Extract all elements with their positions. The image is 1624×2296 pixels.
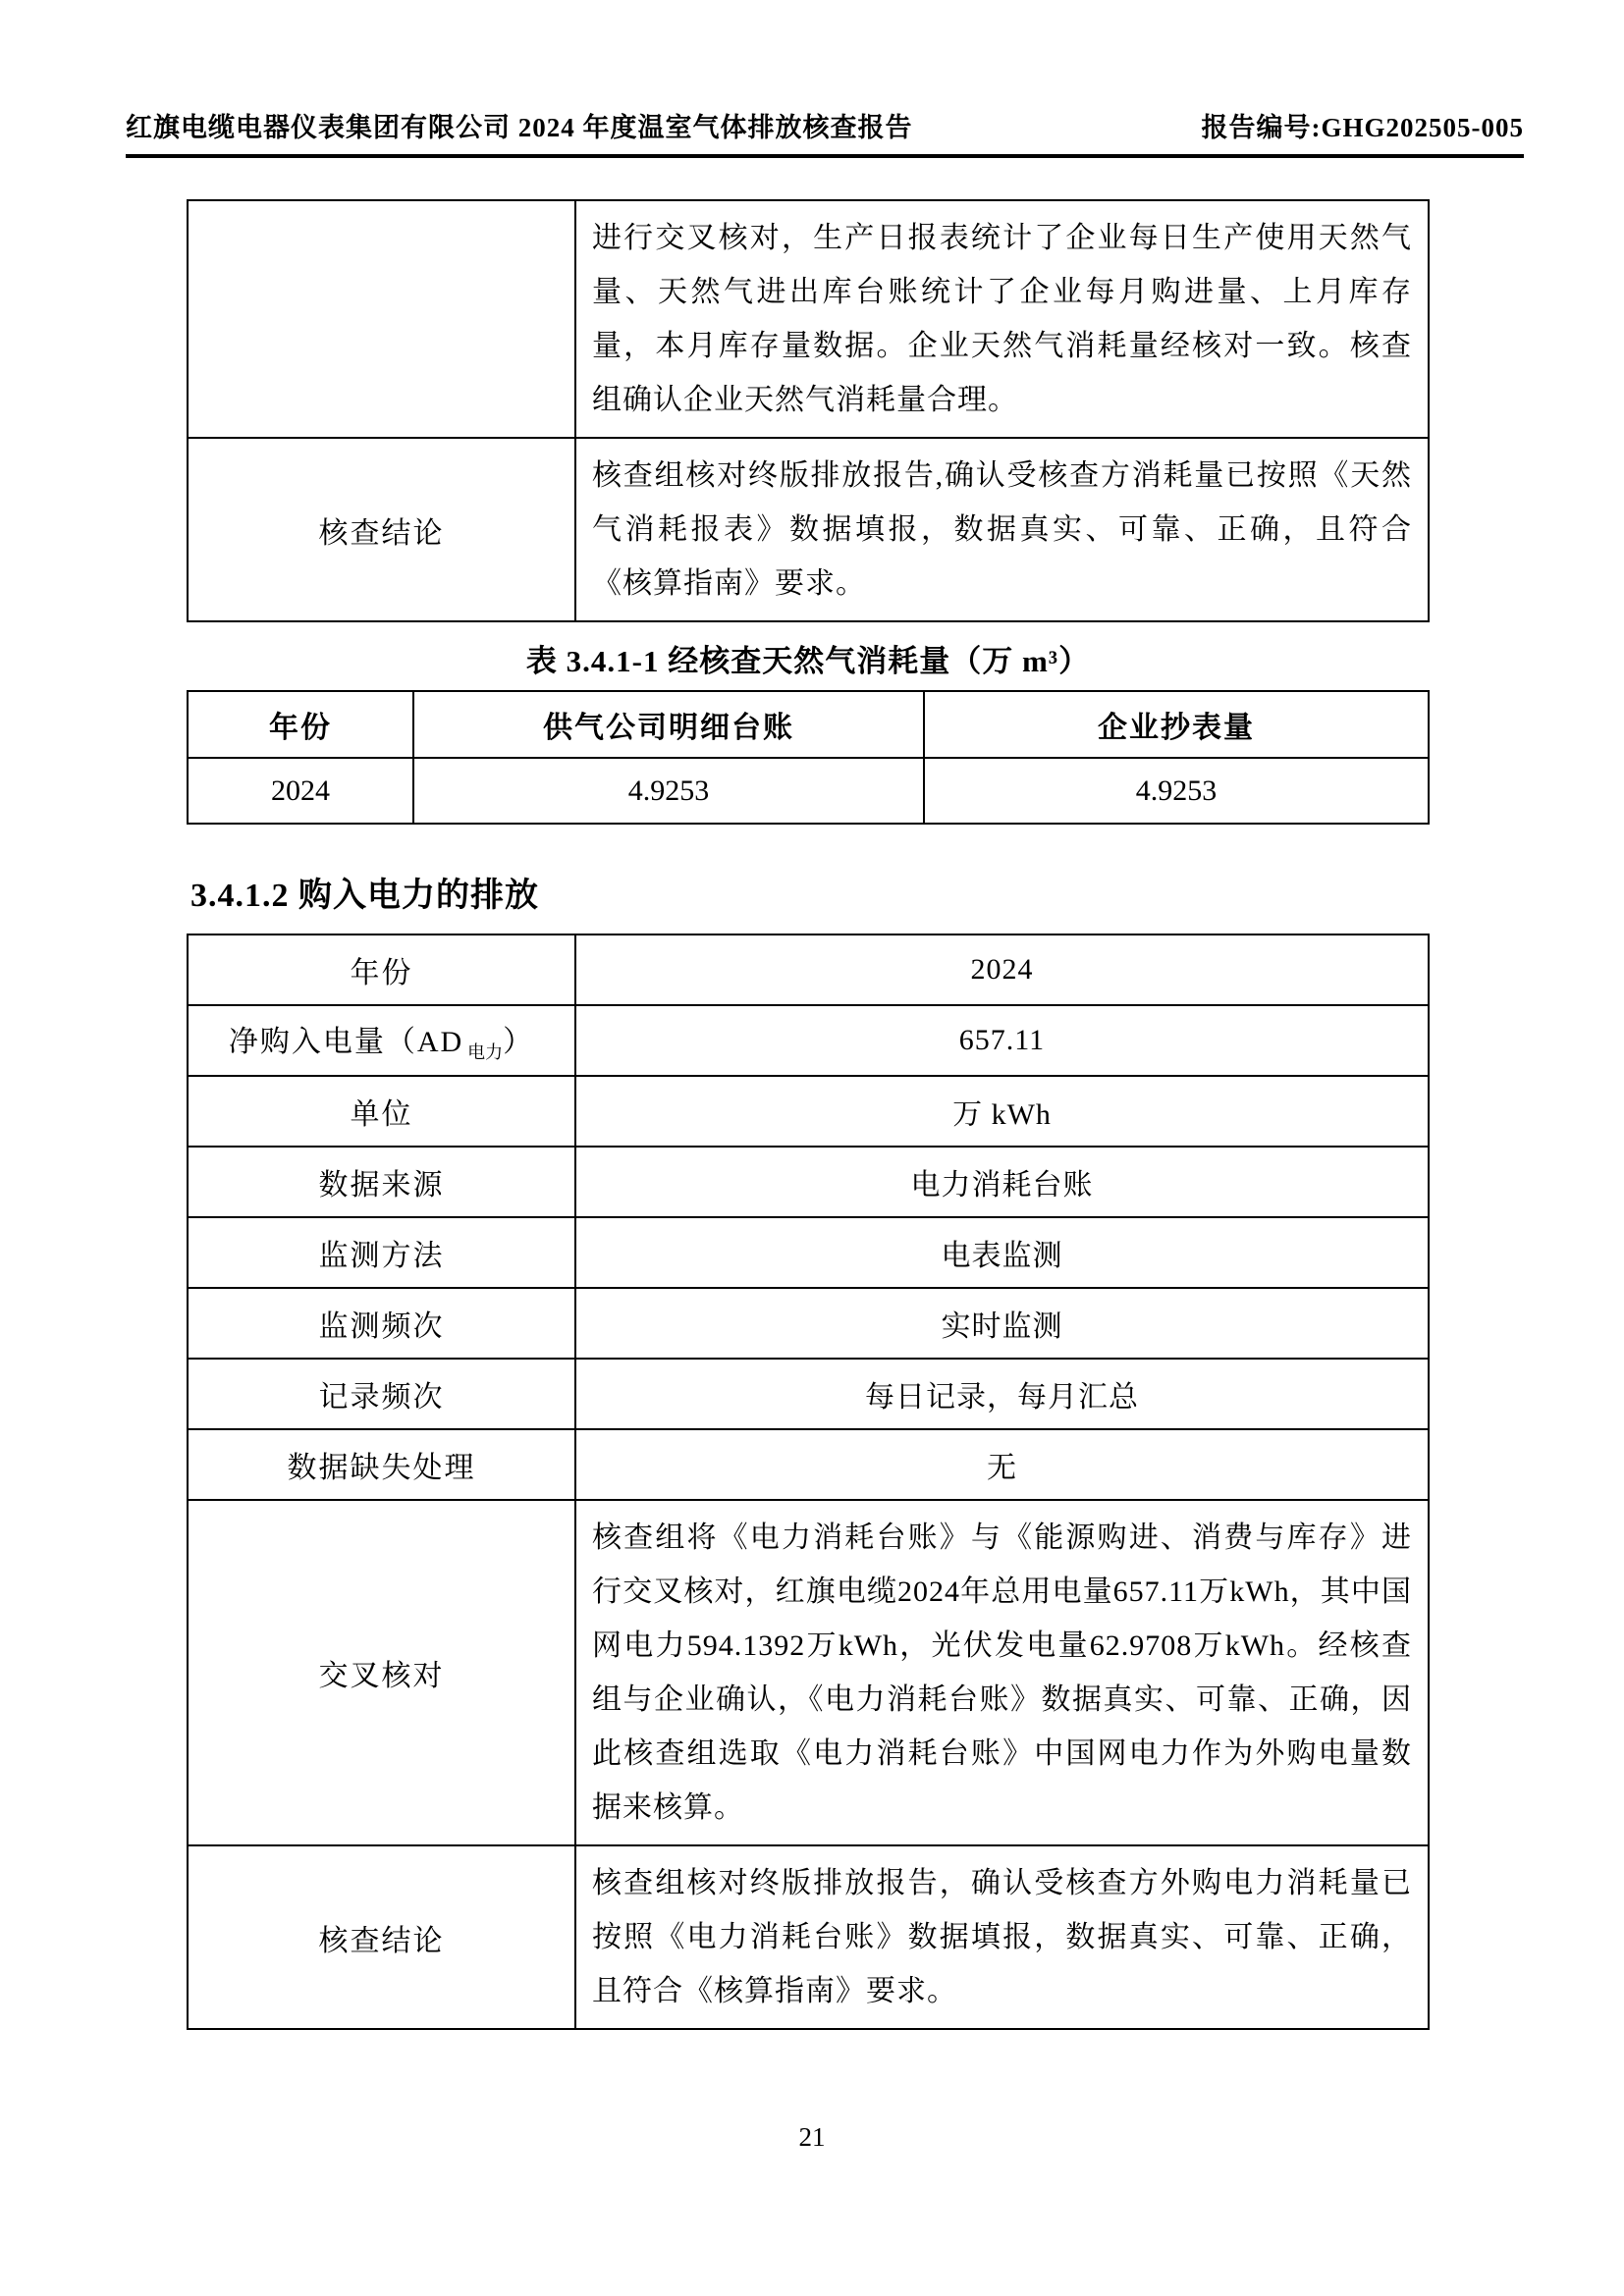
table-row: 监测频次 实时监测: [188, 1288, 1429, 1359]
cross-check-text: 核查组将《电力消耗台账》与《能源购进、消费与库存》进行交叉核对，红旗电缆2024…: [575, 1500, 1429, 1845]
header-report-number: 报告编号:GHG202505-005: [1202, 106, 1525, 144]
natural-gas-verification-table: 进行交叉核对，生产日报表统计了企业每日生产使用天然气量、天然气进出库台账统计了企…: [187, 199, 1430, 622]
row-label-missing-data-handling: 数据缺失处理: [188, 1429, 575, 1500]
data-source-value: 电力消耗台账: [575, 1147, 1429, 1217]
table-row: 核查结论 核查组核对终版排放报告,确认受核查方消耗量已按照《天然气消耗报表》数据…: [188, 438, 1429, 621]
page-number: 21: [0, 2122, 1624, 2153]
supplier-ledger-value: 4.9253: [413, 758, 924, 824]
table-row: 数据缺失处理 无: [188, 1429, 1429, 1500]
col-header-company-meter: 企业抄表量: [924, 691, 1429, 758]
table-row: 记录频次 每日记录，每月汇总: [188, 1359, 1429, 1429]
row-label-record-frequency: 记录频次: [188, 1359, 575, 1429]
table-row: 进行交叉核对，生产日报表统计了企业每日生产使用天然气量、天然气进出库台账统计了企…: [188, 200, 1429, 438]
table-row: 数据来源 电力消耗台账: [188, 1147, 1429, 1217]
table-header-row: 年份 供气公司明细台账 企业抄表量: [188, 691, 1429, 758]
verification-conclusion-text: 核查组核对终版排放报告,确认受核查方消耗量已按照《天然气消耗报表》数据填报，数据…: [575, 438, 1429, 621]
table-3-4-1-1-caption: 表 3.4.1-1 经核查天然气消耗量（万 m³）: [187, 636, 1430, 680]
row-label-unit: 单位: [188, 1076, 575, 1147]
year-value: 2024: [188, 758, 413, 824]
row-label-net-purchased-electricity: 净购入电量（AD电力）: [188, 1005, 575, 1076]
unit-value: 万 kWh: [575, 1076, 1429, 1147]
row-label-verification-conclusion: 核查结论: [188, 1845, 575, 2029]
cross-check-text-cell: 进行交叉核对，生产日报表统计了企业每日生产使用天然气量、天然气进出库台账统计了企…: [575, 200, 1429, 438]
table-row: 单位 万 kWh: [188, 1076, 1429, 1147]
verification-conclusion-label: 核查结论: [188, 438, 575, 621]
label-subscript: 电力: [467, 1042, 503, 1062]
col-header-supplier-ledger: 供气公司明细台账: [413, 691, 924, 758]
row-label-monitoring-method: 监测方法: [188, 1217, 575, 1288]
row-label-cross-check: 交叉核对: [188, 1500, 575, 1845]
gas-consumption-summary-table: 年份 供气公司明细台账 企业抄表量 2024 4.9253 4.9253: [187, 690, 1430, 825]
section-heading-3-4-1-2: 3.4.1.2 购入电力的排放: [190, 868, 1430, 916]
header-title: 红旗电缆电器仪表集团有限公司 2024 年度温室气体排放核查报告: [126, 106, 913, 144]
table-row: 监测方法 电表监测: [188, 1217, 1429, 1288]
verification-conclusion-text: 核查组核对终版排放报告，确认受核查方外购电力消耗量已按照《电力消耗台账》数据填报…: [575, 1845, 1429, 2029]
table-row: 核查结论 核查组核对终版排放报告，确认受核查方外购电力消耗量已按照《电力消耗台账…: [188, 1845, 1429, 2029]
record-frequency-value: 每日记录，每月汇总: [575, 1359, 1429, 1429]
row-label-monitoring-frequency: 监测频次: [188, 1288, 575, 1359]
label-suffix: ）: [503, 1026, 534, 1058]
monitoring-frequency-value: 实时监测: [575, 1288, 1429, 1359]
table-row: 交叉核对 核查组将《电力消耗台账》与《能源购进、消费与库存》进行交叉核对，红旗电…: [188, 1500, 1429, 1845]
purchased-electricity-table: 年份 2024 净购入电量（AD电力） 657.11 单位 万 kWh 数据来源…: [187, 934, 1430, 2030]
table-row: 净购入电量（AD电力） 657.11: [188, 1005, 1429, 1076]
table-row: 年份 2024: [188, 934, 1429, 1005]
report-page: 红旗电缆电器仪表集团有限公司 2024 年度温室气体排放核查报告 报告编号:GH…: [0, 0, 1624, 2296]
table-row: 2024 4.9253 4.9253: [188, 758, 1429, 824]
label-main: 净购入电量（AD: [229, 1026, 463, 1058]
company-meter-value: 4.9253: [924, 758, 1429, 824]
col-header-year: 年份: [188, 691, 413, 758]
page-content: 进行交叉核对，生产日报表统计了企业每日生产使用天然气量、天然气进出库台账统计了企…: [187, 199, 1430, 2030]
row-label-year: 年份: [188, 934, 575, 1005]
missing-data-handling-value: 无: [575, 1429, 1429, 1500]
year-value: 2024: [575, 934, 1429, 1005]
row-label-cell: [188, 200, 575, 438]
row-label-data-source: 数据来源: [188, 1147, 575, 1217]
net-purchased-electricity-value: 657.11: [575, 1005, 1429, 1076]
page-header: 红旗电缆电器仪表集团有限公司 2024 年度温室气体排放核查报告 报告编号:GH…: [126, 106, 1524, 158]
monitoring-method-value: 电表监测: [575, 1217, 1429, 1288]
